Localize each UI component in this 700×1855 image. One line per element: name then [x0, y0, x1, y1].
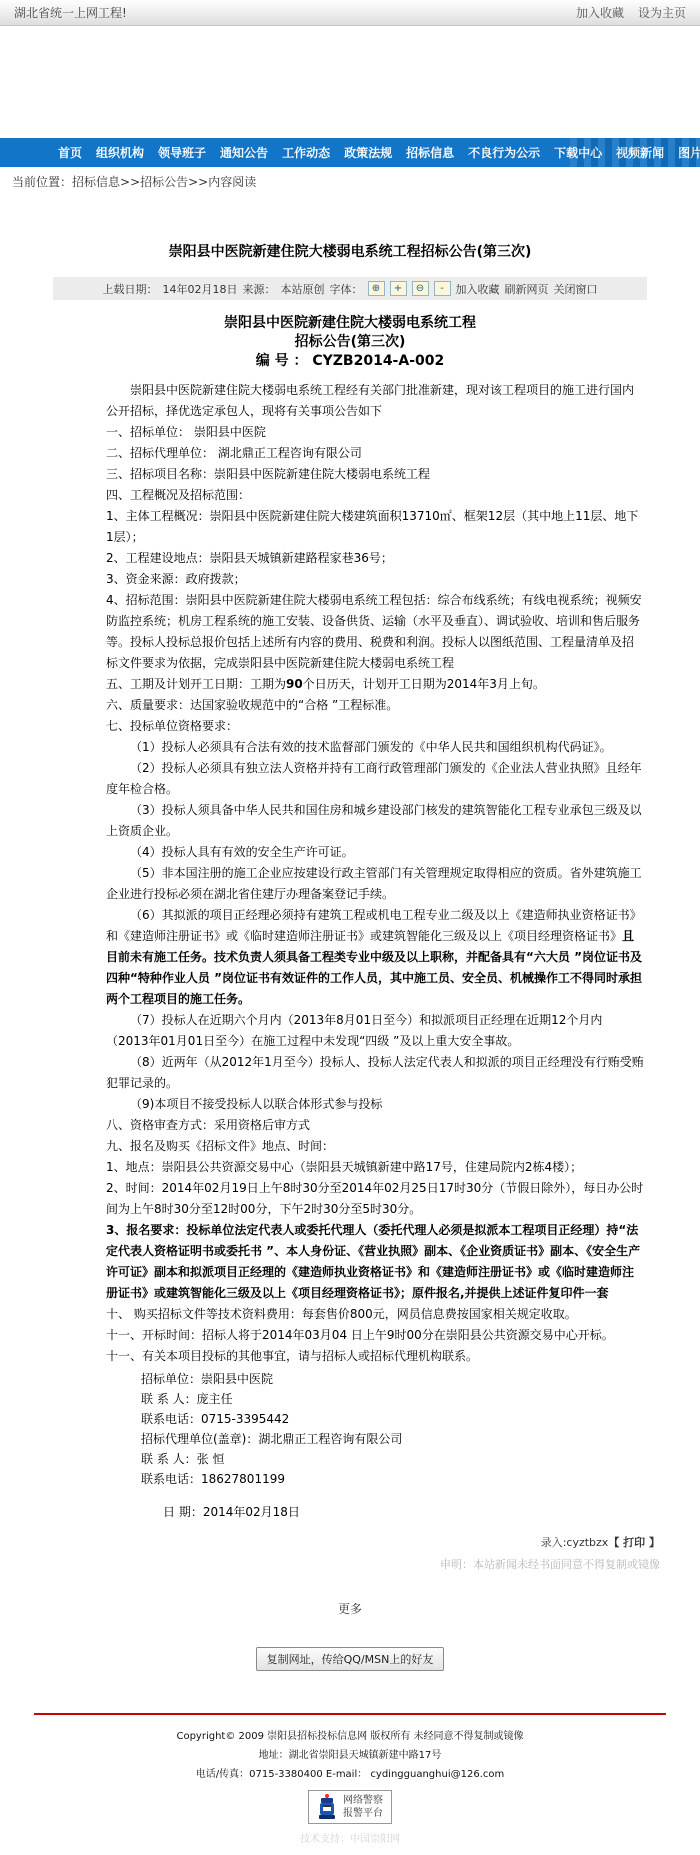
toolbar-refresh-link[interactable]: 刷新网页 [505, 281, 549, 297]
toolbar-close-window-link[interactable]: 关闭窗口 [554, 281, 598, 297]
article-toolbar: 上载日期：14年02月18日 来源：本站原创 字体： ⊕ + ⊖ - 加入收藏 … [53, 277, 647, 300]
article-number: 编 号 ： CYZB2014-A-002 [0, 352, 700, 371]
contact-line: 招标单位：崇阳县中医院 [141, 1369, 644, 1389]
paragraph: 三、招标项目名称：崇阳县中医院新建住院大楼弱电系统工程 [106, 464, 644, 485]
print-link[interactable]: 【 打印 】 [608, 1536, 660, 1549]
paragraph: 二、招标代理单位： 湖北鼎正工程咨询有限公司 [106, 443, 644, 464]
paragraph: 九、报名及购买《招标文件》地点、时间： [106, 1136, 644, 1157]
paragraph: 十一、开标时间：招标人将于2014年03月04 日上午9时00分在崇阳县公共资源… [106, 1325, 644, 1346]
share-url-button[interactable]: 复制网址，传给QQ/MSN上的好友 [256, 1647, 445, 1671]
paragraph: （4）投标人具有有效的安全生产许可证。 [106, 842, 644, 863]
footer-copyright: Copyright© 2009 崇阳县招标投标信息网 版权所有 未经同意不得复制… [0, 1727, 700, 1746]
paragraph: 3、报名要求：投标单位法定代表人或委托代理人（委托代理人必须是拟派本工程项目正经… [106, 1220, 644, 1304]
breadcrumb-path: 招标信息>>招标公告>>内容阅读 [72, 175, 256, 189]
nav-item[interactable]: 政策法规 [344, 144, 392, 161]
nav-item[interactable]: 领导班子 [158, 144, 206, 161]
navbar-decoration [570, 138, 700, 167]
paragraph: （8）近两年（从2012年1月至今）投标人、投标人法定代表人和拟派的项目正经理没… [106, 1052, 644, 1094]
paragraph: 1、主体工程概况：崇阳县中医院新建住院大楼建筑面积13710㎡、框架12层（其中… [106, 506, 644, 548]
page-title: 崇阳县中医院新建住院大楼弱电系统工程招标公告(第三次) [0, 241, 700, 261]
copy-notice: 申明：本站新闻未经书面同意不得复制或镜像 [0, 1556, 660, 1572]
share-button-row: 复制网址，传给QQ/MSN上的好友 [0, 1647, 700, 1671]
paragraph: （2）投标人必须具有独立法人资格并持有工商行政管理部门颁发的《企业法人营业执照》… [106, 758, 644, 800]
paragraph: 4、招标范围：崇阳县中医院新建住院大楼弱电系统工程包括：综合布线系统；有线电视系… [106, 590, 644, 674]
contact-line: 联 系 人：张 恒 [141, 1449, 644, 1469]
paragraph: 十、 购买招标文件等技术资料费用：每套售价800元，网员信息费按国家相关规定收取… [106, 1304, 644, 1325]
paragraph: 五、工期及计划开工日期：工期为90个日历天，计划开工日期为2014年3月上旬。 [106, 674, 644, 695]
article-heading-line2: 招标公告(第三次) [0, 333, 700, 352]
font-zoom-in-icon[interactable]: ⊕ [368, 281, 385, 296]
font-decrease-icon[interactable]: - [434, 281, 451, 296]
contact-line: 招标代理单位(盖章)：湖北鼎正工程咨询有限公司 [141, 1429, 644, 1449]
paragraph: 2、时间：2014年02月19日上午8时30分至2014年02月25日17时30… [106, 1178, 644, 1220]
contact-line: 联 系 人：庞主任 [141, 1389, 644, 1409]
cyber-police-badge[interactable]: 网络警察 报警平台 [308, 1790, 392, 1824]
nav-item[interactable]: 不良行为公示 [468, 144, 540, 161]
paragraph: （3）投标人须具备中华人民共和国住房和城乡建设部门核发的建筑智能化工程专业承包三… [106, 800, 644, 842]
paragraph: 2、工程建设地点：崇阳县天城镇新建路程家巷36号； [106, 548, 644, 569]
nav-item[interactable]: 通知公告 [220, 144, 268, 161]
article-heading: 崇阳县中医院新建住院大楼弱电系统工程 招标公告(第三次) 编 号 ： CYZB2… [0, 314, 700, 371]
badge-line1: 网络警察 [343, 1794, 383, 1807]
footer-support: 技术支持：中国崇阳网 [0, 1830, 700, 1845]
date-line: 日 期：2014年02月18日 [163, 1503, 644, 1520]
source-value: 本站原创 [281, 281, 325, 297]
paragraph: 崇阳县中医院新建住院大楼弱电系统工程经有关部门批准新建，现对该工程项目的施工进行… [106, 380, 644, 422]
breadcrumb: 当前位置：招标信息>>招标公告>>内容阅读 [0, 167, 700, 195]
top-utility-bar: 湖北省统一上网工程! 加入收藏 设为主页 [0, 0, 700, 26]
upload-date: 14年02月18日 [163, 281, 238, 297]
paragraph: 六、质量要求：达国家验收规范中的“合格 ”工程标准。 [106, 695, 644, 716]
add-favorite-link[interactable]: 加入收藏 [576, 4, 624, 21]
paragraph: （7）投标人在近期六个月内（2013年8月01日至今）和拟派项目正经理在近期12… [106, 1010, 644, 1052]
article-body: 崇阳县中医院新建住院大楼弱电系统工程经有关部门批准新建，现对该工程项目的施工进行… [106, 380, 644, 1367]
nav-item[interactable]: 组织机构 [96, 144, 144, 161]
more-link[interactable]: 更多 [338, 1602, 362, 1616]
footer-contact: 电话/传真：0715-3380400 E-mail： cydingguanghu… [0, 1765, 700, 1784]
footer-address: 地址：湖北省崇阳县天城镇新建中路17号 [0, 1746, 700, 1765]
paragraph: （9)本项目不接受投标人以联合体形式参与投标 [106, 1094, 644, 1115]
nav-item[interactable]: 招标信息 [406, 144, 454, 161]
contact-block: 招标单位：崇阳县中医院 联 系 人：庞主任 联系电话：0715-3395442 … [141, 1369, 644, 1489]
paragraph: （1）投标人必须具有合法有效的技术监督部门颁发的《中华人民共和国组织机构代码证》… [106, 737, 644, 758]
footer: Copyright© 2009 崇阳县招标投标信息网 版权所有 未经同意不得复制… [0, 1713, 700, 1855]
contact-line: 联系电话：18627801199 [141, 1469, 644, 1489]
contact-line: 联系电话：0715-3395442 [141, 1409, 644, 1429]
footer-accent-line [34, 1713, 666, 1715]
paragraph: 四、工程概况及招标范围： [106, 485, 644, 506]
paragraph: 七、投标单位资格要求： [106, 716, 644, 737]
upload-date-label: 上载日期： [103, 281, 158, 297]
entry-line: 录入:cyztbzx【 打印 】 [0, 1534, 660, 1550]
site-slogan: 湖北省统一上网工程! [14, 4, 127, 21]
entry-author: 录入:cyztbzx [541, 1536, 609, 1549]
font-zoom-out-icon[interactable]: ⊖ [412, 281, 429, 296]
font-size-label: 字体： [330, 281, 363, 297]
paragraph: （6）其拟派的项目正经理必须持有建筑工程或机电工程专业二级及以上《建造师执业资格… [106, 905, 644, 1010]
paragraph: 1、地点：崇阳县公共资源交易中心（崇阳县天城镇新建中路17号，住建局院内2栋4楼… [106, 1157, 644, 1178]
nav-item[interactable]: 工作动态 [282, 144, 330, 161]
paragraph: 八、资格审查方式：采用资格后审方式 [106, 1115, 644, 1136]
paragraph: 一、招标单位： 崇阳县中医院 [106, 422, 644, 443]
source-label: 来源： [243, 281, 276, 297]
toolbar-add-favorite-link[interactable]: 加入收藏 [456, 281, 500, 297]
paragraph: 3、资金来源：政府拨款； [106, 569, 644, 590]
article-heading-line1: 崇阳县中医院新建住院大楼弱电系统工程 [0, 314, 700, 333]
font-increase-icon[interactable]: + [390, 281, 407, 296]
breadcrumb-label: 当前位置： [12, 175, 72, 189]
banner-area [0, 26, 700, 138]
nav-item[interactable]: 首页 [58, 144, 82, 161]
paragraph: 十一、有关本项目投标的其他事宜，请与招标人或招标代理机构联系。 [106, 1346, 644, 1367]
main-navbar: 首页 组织机构 领导班子 通知公告 工作动态 政策法规 招标信息 不良行为公示 … [0, 138, 700, 167]
badge-line2: 报警平台 [343, 1807, 383, 1820]
police-officer-icon [317, 1794, 337, 1820]
set-homepage-link[interactable]: 设为主页 [638, 4, 686, 21]
paragraph: （5）非本国注册的施工企业应按建设行政主管部门有关管理规定取得相应的资质。省外建… [106, 863, 644, 905]
